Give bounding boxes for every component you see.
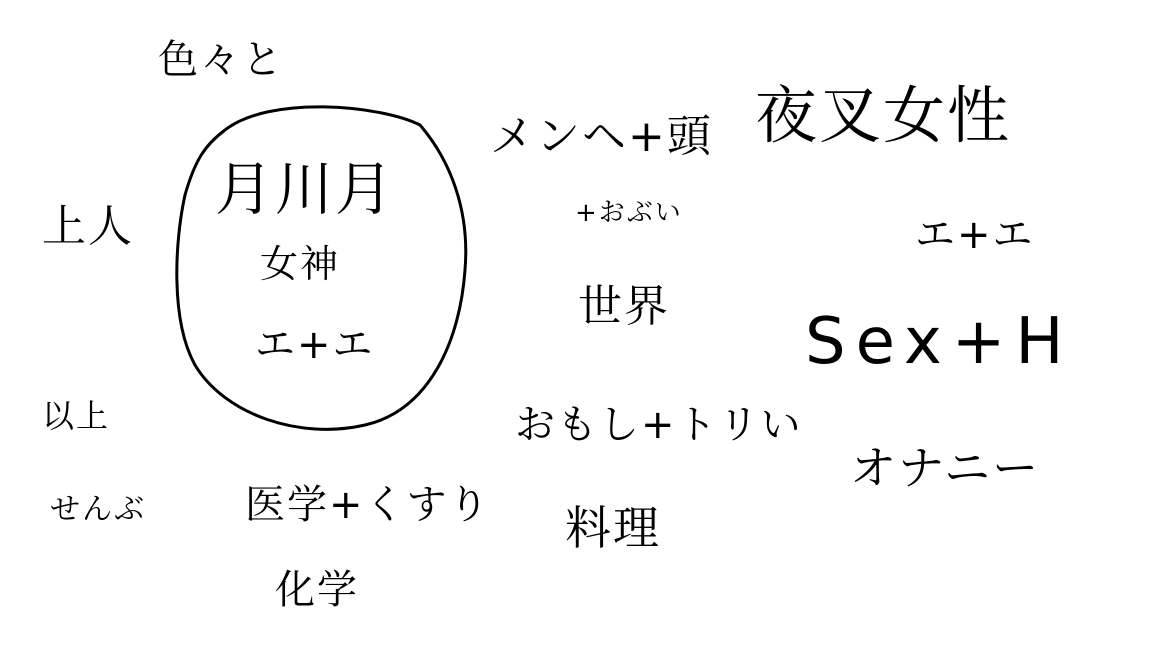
center-subtitle: 女神 bbox=[260, 245, 340, 283]
bottom2-label: 化学 bbox=[275, 570, 359, 610]
right-item-3: Sex+H bbox=[805, 310, 1074, 374]
right-item-1: 夜叉女性 bbox=[755, 85, 1011, 147]
mid-item-1: メンヘ+頭 bbox=[490, 115, 713, 159]
bottom1-label: 医学+くすり bbox=[245, 485, 491, 525]
mid-item-3: 世界 bbox=[578, 285, 670, 329]
mid-item-4: おもし+トリい bbox=[515, 405, 803, 445]
left-top-label: 色々と bbox=[158, 40, 284, 80]
mid-item-5: 料理 bbox=[565, 505, 661, 551]
right-item-4: オナニー bbox=[850, 445, 1040, 491]
center-caption: エ+エ bbox=[255, 325, 375, 365]
mid-item-2: +おぶい bbox=[575, 200, 683, 226]
left-middle-label: 上人 bbox=[42, 205, 134, 249]
right-item-2: エ+エ bbox=[915, 215, 1035, 255]
left-lower2-label: せんぶ bbox=[50, 495, 146, 525]
drawing-canvas: 月川月 女神 エ+エ 色々と 上人 以上 せんぶ 医学+くすり 化学 メンヘ+頭… bbox=[0, 0, 1152, 648]
left-lower1-label: 以上 bbox=[42, 400, 110, 432]
center-title: 月川月 bbox=[215, 160, 395, 218]
